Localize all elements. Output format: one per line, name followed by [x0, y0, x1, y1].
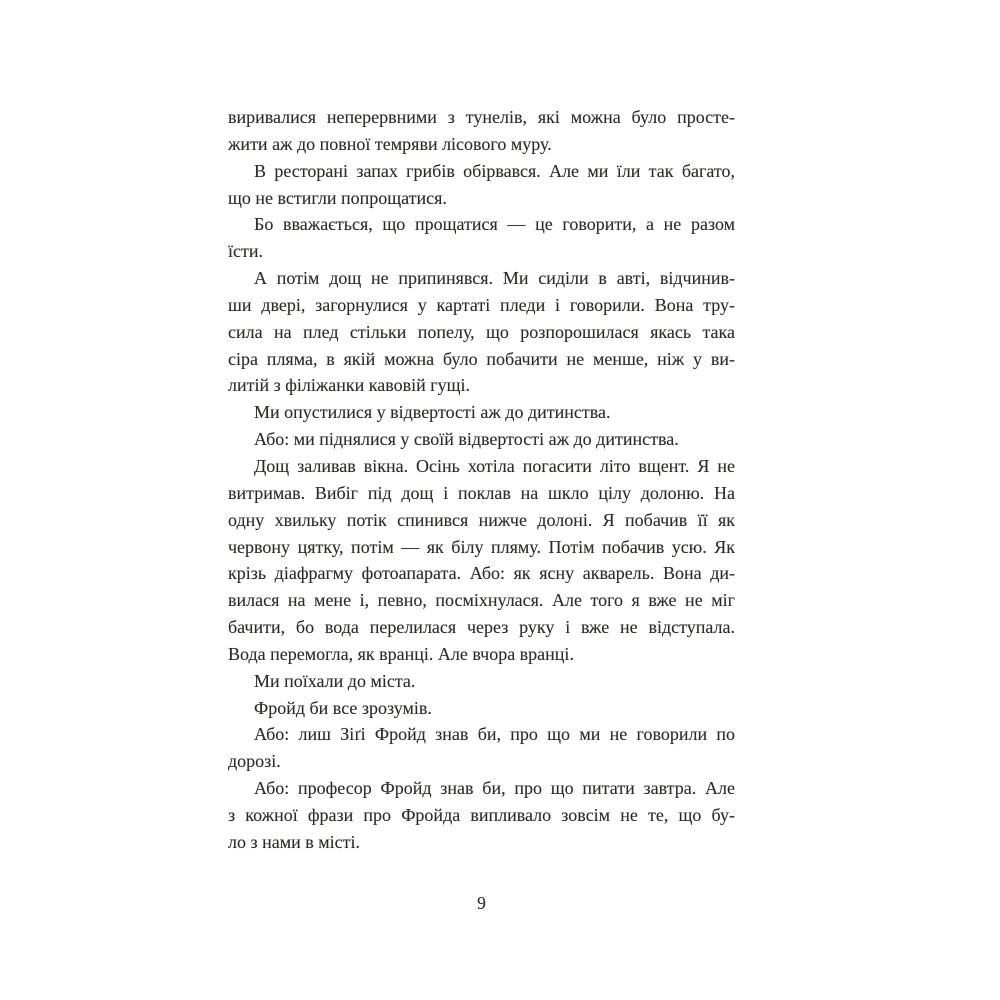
text-line: їсти. — [228, 238, 735, 265]
text-line: з кожної фрази про Фройда випливало зовс… — [228, 802, 735, 829]
text-line: Або: професор Фройд знав би, про що пита… — [228, 775, 735, 802]
text-line: жити аж до повної темряви лісового муру. — [228, 131, 735, 158]
text-line: Ми опустилися у відвертості аж до дитинс… — [228, 399, 735, 426]
text-line: Вода перемогла, як вранці. Але вчора вра… — [228, 641, 735, 668]
book-page: виривалися неперервними з тунелів, які м… — [0, 0, 1000, 1000]
text-line: дорозі. — [228, 748, 735, 775]
text-line: литій з філіжанки кавовій гущі. — [228, 372, 735, 399]
text-line: Ми поїхали до міста. — [228, 668, 735, 695]
text-line: одну хвильку потік спинився нижче долоні… — [228, 507, 735, 534]
text-line: Бо вважається, що прощатися — це говорит… — [228, 211, 735, 238]
text-line: виривалися неперервними з тунелів, які м… — [228, 104, 735, 131]
page-number: 9 — [228, 893, 735, 914]
text-line: Або: ми піднялися у своїй відвертості аж… — [228, 426, 735, 453]
text-line: А потім дощ не припинявся. Ми сиділи в а… — [228, 265, 735, 292]
text-line: крізь діафрагму фотоапарата. Або: як ясн… — [228, 560, 735, 587]
text-line: сила на плед стільки попелу, що розпорош… — [228, 319, 735, 346]
text-line: витримав. Вибіг під дощ і поклав на шкло… — [228, 480, 735, 507]
text-line: Дощ заливав вікна. Осінь хотіла погасити… — [228, 453, 735, 480]
text-line: червону цятку, потім — як білу пляму. По… — [228, 534, 735, 561]
text-line: ши двері, загорнулися у картаті пледи і … — [228, 292, 735, 319]
text-line: що не встигли попрощатися. — [228, 185, 735, 212]
text-line: ло з нами в місті. — [228, 829, 735, 856]
text-line: Фройд би все зрозумів. — [228, 695, 735, 722]
text-line: В ресторані запах грибів обірвався. Але … — [228, 158, 735, 185]
text-line: вилася на мене і, певно, посміхнулася. А… — [228, 587, 735, 614]
text-line: бачити, бо вода перелилася через руку і … — [228, 614, 735, 641]
text-line: сіра пляма, в якій можна було побачити н… — [228, 346, 735, 373]
page-text: виривалися неперервними з тунелів, які м… — [228, 104, 735, 856]
text-line: Або: лиш Зіґі Фройд знав би, про що ми н… — [228, 721, 735, 748]
